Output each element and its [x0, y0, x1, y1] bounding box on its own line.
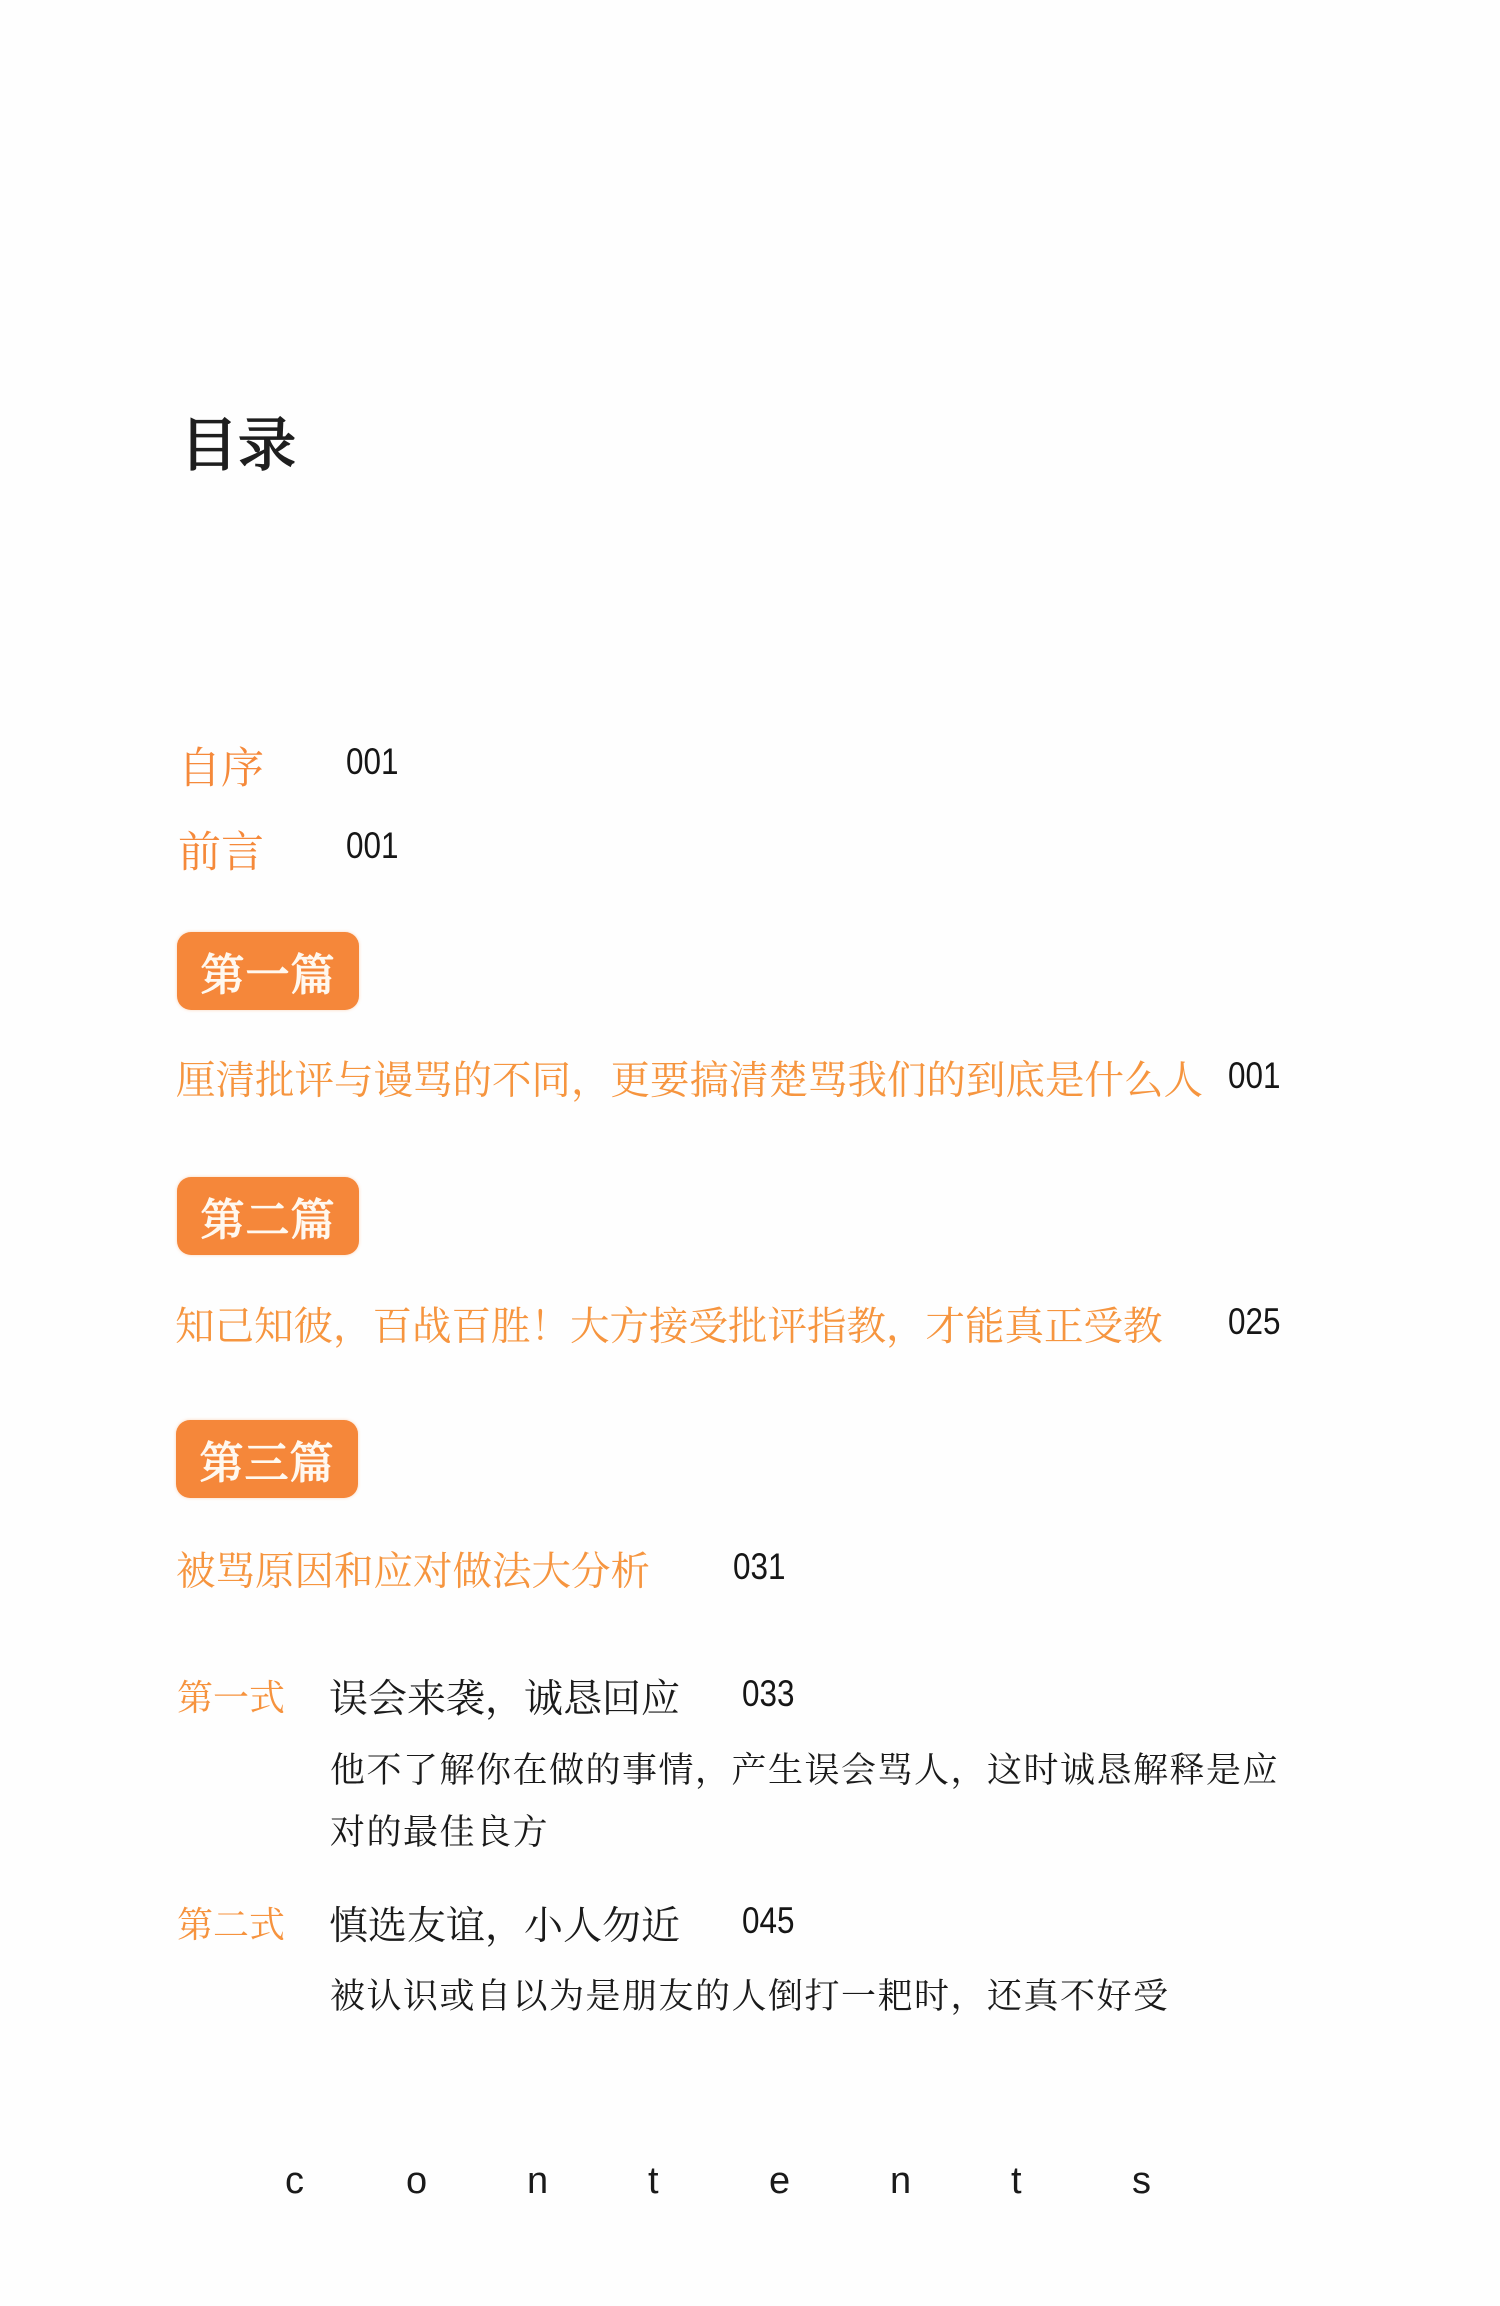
toc-entry-foreword-page: 001 [346, 825, 398, 867]
toc-entry-part-3-page: 031 [733, 1546, 785, 1588]
toc-entry-preface-label[interactable]: 自序 [178, 735, 264, 796]
part-badge-2: 第二篇 [177, 1177, 359, 1255]
toc-style-1-title[interactable]: 误会来袭，诚恳回应 [329, 1668, 680, 1724]
contents-letter: n [890, 2160, 1011, 2203]
toc-entry-part-2-title[interactable]: 知己知彼，百战百胜！大方接受批评指教，才能真正受教 [175, 1296, 1163, 1352]
toc-style-2-label: 第二式 [177, 1897, 285, 1948]
contents-letter: o [406, 2160, 527, 2203]
contents-letter: n [527, 2160, 648, 2203]
toc-style-1-page: 033 [742, 1673, 794, 1715]
toc-style-1-description: 他不了解你在做的事情，产生误会骂人，这时诚恳解释是应对的最佳良方 [330, 1740, 1290, 1864]
page-title: 目录 [180, 398, 296, 482]
contents-footer-word: c o n t e n t s [285, 2160, 1253, 2203]
toc-style-1-label: 第一式 [177, 1670, 285, 1721]
toc-style-2-page: 045 [742, 1900, 794, 1942]
toc-style-2-description: 被认识或自以为是朋友的人倒打一耙时，还真不好受 [330, 1966, 1290, 2028]
toc-entry-part-1-title[interactable]: 厘清批评与谩骂的不同，更要搞清楚骂我们的到底是什么人 [176, 1050, 1203, 1106]
contents-letter: t [648, 2160, 769, 2203]
toc-entry-part-3-title[interactable]: 被骂原因和应对做法大分析 [176, 1541, 650, 1597]
toc-entry-part-2-page: 025 [1228, 1301, 1280, 1343]
toc-entry-foreword-label[interactable]: 前言 [178, 819, 264, 880]
part-badge-1: 第一篇 [177, 932, 359, 1010]
contents-letter: t [1011, 2160, 1132, 2203]
contents-letter: e [769, 2160, 890, 2203]
toc-style-2-title[interactable]: 慎选友谊，小人勿近 [329, 1895, 680, 1951]
toc-entry-part-1-page: 001 [1228, 1055, 1280, 1097]
contents-letter: c [285, 2160, 406, 2203]
toc-entry-preface-page: 001 [346, 741, 398, 783]
contents-letter: s [1132, 2160, 1253, 2203]
part-badge-3: 第三篇 [176, 1420, 358, 1498]
